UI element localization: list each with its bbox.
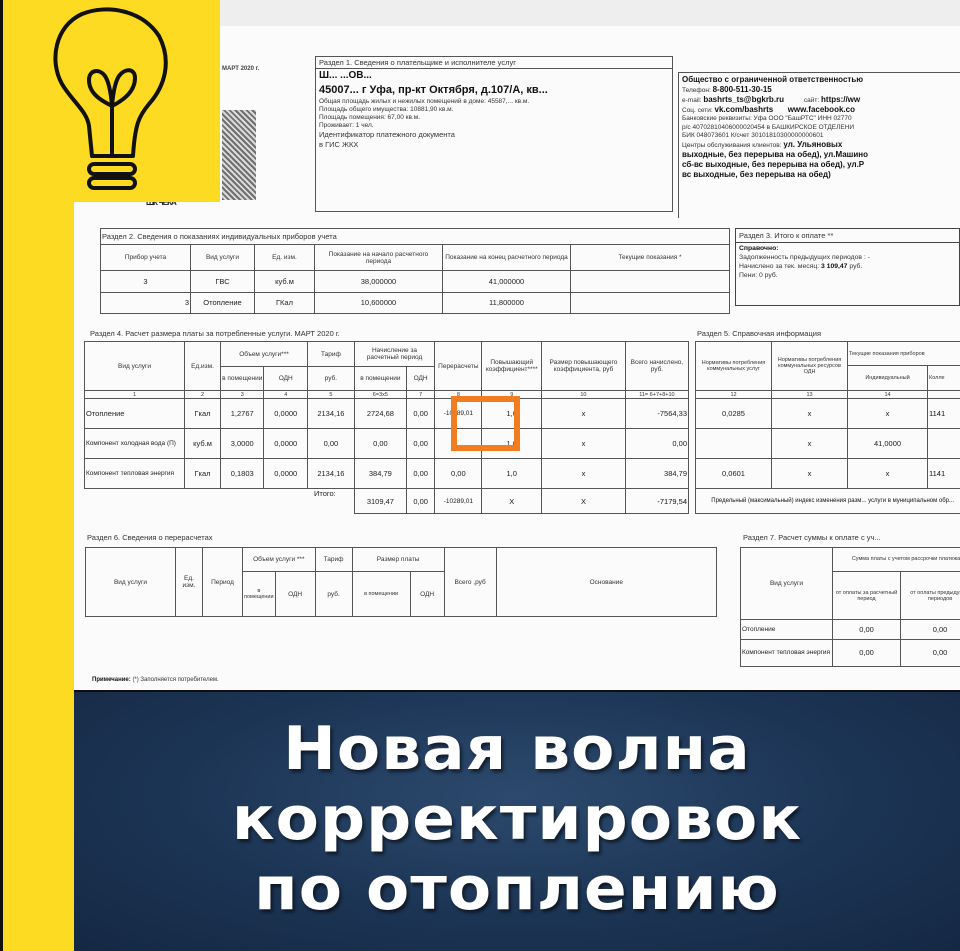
col-header: Нормативы потребления коммунальных ресур…	[772, 342, 848, 391]
section-5-reference-table: Нормативы потребления коммунальных услуг…	[695, 341, 960, 514]
headline-line-1: Новая волна	[52, 714, 960, 784]
col-header: в помещении	[243, 572, 276, 617]
info-line: Площадь общего имущества: 10881,90 кв.м.	[316, 106, 672, 114]
accrued-label: Начислено за тек. месяц:	[739, 263, 819, 270]
doc-id-label: Идентификатор платежного документа	[316, 130, 672, 139]
cell: x	[542, 429, 626, 459]
headline-line-3: по отоплению	[52, 854, 960, 924]
qr-code	[222, 110, 256, 200]
section-3-title: Раздел 3. Итого к оплате **	[736, 229, 959, 243]
col-header: в помещении	[352, 572, 410, 617]
cell	[571, 292, 730, 314]
cell	[928, 391, 960, 399]
cell: куб.м	[185, 429, 221, 459]
cell: куб.м	[255, 271, 315, 293]
site-label: сайт:	[804, 97, 819, 104]
cell: Компонент тепловая энергия	[85, 459, 185, 489]
col-header: Вид услуги	[191, 245, 255, 271]
cell	[928, 429, 960, 459]
column-numbers-row: 12 13 14	[696, 391, 960, 399]
section-2-meters-table: Раздел 2. Сведения о показаниях индивиду…	[100, 228, 730, 314]
provider-info: Общество с ограниченной ответственностью…	[678, 72, 960, 218]
cell: 0,00	[406, 489, 434, 514]
debt-label: Задолженность предыдущих периодов : -	[739, 254, 956, 263]
table-row: 0,0601 x x 1141	[696, 459, 960, 489]
highlight-box	[451, 396, 520, 451]
cell: Гкал	[185, 459, 221, 489]
total-label: Итого:	[85, 489, 355, 514]
cell: x	[848, 399, 928, 429]
accrued-unit: руб.	[849, 263, 862, 270]
col-header: Всего начислено, руб.	[625, 342, 688, 391]
cell: 14	[848, 391, 928, 399]
section-1-payer-info: Раздел 1. Сведения о плательщике и испол…	[315, 56, 673, 212]
info-line: Общая площадь жилых и нежилых помещений …	[316, 98, 672, 106]
cell: X	[542, 489, 626, 514]
footnote: Примечание: (*) Заполняется потребителем…	[92, 677, 219, 683]
cell: 1,0	[482, 459, 542, 489]
cell: x	[542, 399, 626, 429]
cell: x	[772, 459, 848, 489]
col-header: Прибор учета	[101, 245, 191, 271]
cell: x	[848, 459, 928, 489]
col-header: Сумма платы с учетом рассрочки платежа	[833, 548, 960, 572]
cell: 0,00	[901, 620, 960, 639]
cell: 11,800000	[443, 292, 571, 314]
cell: Отопление	[85, 399, 185, 429]
section-3-total: Раздел 3. Итого к оплате ** Справочно: З…	[735, 228, 960, 306]
cell: Отопление	[191, 292, 255, 314]
section-4-title: Раздел 4. Расчет размера платы за потреб…	[90, 329, 340, 338]
centers-label: Центры обслуживания клиентов:	[682, 142, 782, 149]
cell: ГВС	[191, 271, 255, 293]
table-row: Отопление 0,00 0,00	[741, 620, 960, 639]
column-numbers-row: 1 2 3 4 5 6=3х5 7 8 9 10 11= 6+7+8+10	[85, 391, 689, 399]
cell: 6=3х5	[354, 391, 406, 399]
social-label: Соц. сети:	[682, 107, 713, 114]
centers-line: ул. Ульяновых	[783, 140, 842, 149]
col-header: Начисление за расчетный период	[354, 342, 435, 367]
paper-edge	[220, 0, 960, 26]
info-line: Проживает: 1 чел.	[316, 122, 672, 130]
cell: 4	[264, 391, 308, 399]
col-header: Вид услуги	[741, 548, 833, 620]
col-header: руб.	[308, 367, 355, 391]
section-4-charges-table: Вид услуги Ед.изм. Объем услуги*** Тариф…	[84, 341, 689, 514]
cell: 3,0000	[220, 429, 264, 459]
total-row: Итого: 3109,47 0,00 -10289,01 X X -7179,…	[85, 489, 689, 514]
table-row: 3 Отопление ГКал 10,600000 11,800000	[101, 292, 730, 314]
lightbulb-icon	[47, 6, 177, 196]
phone: 8-800-511-30-15	[713, 85, 772, 94]
cell: 0,0000	[264, 429, 308, 459]
col-header: Показание на конец расчетного периода	[443, 245, 571, 271]
centers-line: сб-вс выходные, без перерыва на обед), у…	[682, 160, 957, 170]
cell: Компонент холодная вода (П)	[85, 429, 185, 459]
cell: 0,00	[833, 639, 901, 666]
cell: 2134,16	[308, 459, 355, 489]
col-header: Объем услуги***	[220, 342, 307, 367]
provider-name: Общество с ограниченной ответственностью	[682, 75, 957, 85]
cell: 0,0601	[696, 459, 772, 489]
cell: 0,00	[354, 429, 406, 459]
cell: x	[772, 429, 848, 459]
facebook-link: www.facebook.co	[788, 105, 855, 114]
cell: -10289,01	[435, 489, 482, 514]
cell: 1141	[928, 399, 960, 429]
payer-address: 45007... г Уфа, пр-кт Октября, д.107/А, …	[316, 84, 672, 98]
col-header: Повышающий коэффициент****	[482, 342, 542, 391]
cell: 0,00	[901, 639, 960, 666]
col-header: ОДН	[264, 367, 308, 391]
cell: 7	[406, 391, 434, 399]
section-6-title: Раздел 6. Сведения о перерасчетах	[87, 533, 213, 542]
headline: Новая волна корректировок по отоплению	[52, 714, 960, 924]
cell: X	[482, 489, 542, 514]
cell: 3	[220, 391, 264, 399]
cell: x	[542, 459, 626, 489]
col-header: Всего ,руб	[444, 548, 496, 617]
payer-name: Ш... ...ОВ...	[316, 69, 672, 84]
col-header: Текущие показания приборов	[848, 342, 960, 366]
col-header: в помещении	[220, 367, 264, 391]
col-header: Индивидуальный	[848, 366, 928, 391]
col-header: Показание на начало расчетного периода	[315, 245, 443, 271]
cell: 384,79	[354, 459, 406, 489]
cell: 0,00	[406, 459, 434, 489]
cell: 0,0000	[264, 459, 308, 489]
cell: 1	[85, 391, 185, 399]
cell: 10	[542, 391, 626, 399]
col-header: Перерасчеты	[435, 342, 482, 391]
col-header: Вид услуги	[85, 342, 185, 391]
vk-link: vk.com/bashrts	[715, 105, 774, 114]
cell: -7564,33	[625, 399, 688, 429]
cell: 5	[308, 391, 355, 399]
footnote-text: (*) Заполняется потребителем.	[132, 677, 218, 683]
table-row: Отопление Гкал 1,2767 0,0000 2134,16 272…	[85, 399, 689, 429]
email-label: e-mail:	[682, 97, 702, 104]
col-header: от оплаты предыдущих периодов	[901, 571, 960, 620]
logo-block	[0, 0, 220, 202]
cell	[571, 271, 730, 293]
index-note: Предельный (максимальный) индекс изменен…	[696, 489, 960, 514]
cell: 2134,16	[308, 399, 355, 429]
cell: 0,1803	[220, 459, 264, 489]
table-row: Компонент тепловая энергия 0,00 0,00	[741, 639, 960, 666]
cell: 2724,68	[354, 399, 406, 429]
col-header: Период	[203, 548, 243, 617]
cell: 41,0000	[848, 429, 928, 459]
centers-line: вс выходные, без перерыва на обед)	[682, 170, 957, 180]
cell: 3	[101, 271, 191, 293]
cell: 0,00	[625, 429, 688, 459]
penalty: Пени: 0 руб.	[739, 272, 956, 281]
col-header: Ед. изм.	[176, 548, 203, 617]
footnote-label: Примечание:	[92, 677, 131, 683]
bank-line: БИК 048073601 К/счет 3010181030000000060…	[682, 132, 957, 140]
bank-line: р/с 40702810406000020454 в БАШКИРСКОЕ ОТ…	[682, 124, 957, 132]
section-7-title: Раздел 7. Расчет суммы к оплате с уч...	[743, 533, 881, 542]
cell: 10,600000	[315, 292, 443, 314]
headline-line-2: корректировок	[52, 784, 960, 854]
cell: 3	[101, 292, 191, 314]
section-6-recalc-table: Вид услуги Ед. изм. Период Объем услуги …	[85, 547, 717, 617]
doc-id-label-2: в ГИС ЖКХ	[316, 140, 672, 149]
col-header: Размер повышающего коэффициента, руб	[542, 342, 626, 391]
cell: 2	[185, 391, 221, 399]
cell: 0,00	[406, 399, 434, 429]
section-7-installment-table: Вид услуги Сумма платы с учетом рассрочк…	[740, 547, 960, 667]
col-header: Основание	[496, 548, 716, 617]
site-link: https://ww	[821, 95, 860, 104]
cell: 0,0000	[264, 399, 308, 429]
col-header: ОДН	[410, 572, 444, 617]
period-label: МАРТ 2020 г.	[222, 66, 259, 72]
col-header: Ед.изм.	[185, 342, 221, 391]
cell: 1,2767	[220, 399, 264, 429]
cell: 12	[696, 391, 772, 399]
section-2-title: Раздел 2. Сведения о показаниях индивиду…	[101, 229, 730, 245]
cell: 3109,47	[354, 489, 406, 514]
cell: 0,00	[435, 459, 482, 489]
section-1-title: Раздел 1. Сведения о плательщике и испол…	[316, 57, 672, 69]
col-header: Размер платы	[352, 548, 444, 572]
headline-banner: Новая волна корректировок по отоплению	[74, 690, 960, 951]
cell: -7179,54	[625, 489, 688, 514]
col-header: Текущие показания *	[571, 245, 730, 271]
col-header: Объем услуги ***	[243, 548, 316, 572]
col-header: Ед. изм.	[255, 245, 315, 271]
col-header: Вид услуги	[86, 548, 176, 617]
table-row: 0,0285 x x 1141	[696, 399, 960, 429]
col-header: Нормативы потребления коммунальных услуг	[696, 342, 772, 391]
centers-line: выходные, без перерыва на обед), ул.Маши…	[682, 150, 957, 160]
cell: 0,00	[308, 429, 355, 459]
col-header: от оплаты за расчетный период	[833, 571, 901, 620]
cell: 0,0285	[696, 399, 772, 429]
col-header: Колле	[928, 366, 960, 391]
table-row: Компонент холодная вода (П) куб.м 3,0000…	[85, 429, 689, 459]
cell	[696, 429, 772, 459]
cell: ГКал	[255, 292, 315, 314]
col-header: в помещении	[354, 367, 406, 391]
col-header: Тариф	[308, 342, 355, 367]
info-line: Площадь помещения: 67,00 кв.м.	[316, 114, 672, 122]
cell: Компонент тепловая энергия	[741, 639, 833, 666]
table-row: 3 ГВС куб.м 38,000000 41,000000	[101, 271, 730, 293]
table-row: x 41,0000	[696, 429, 960, 459]
col-header: ОДН	[406, 367, 434, 391]
cell: 11= 6+7+8+10	[625, 391, 688, 399]
cell: 13	[772, 391, 848, 399]
bank-line: Банковские реквизиты: Уфа ООО "БашРТС" И…	[682, 115, 957, 123]
phone-label: Телефон:	[682, 87, 711, 94]
table-row: Компонент тепловая энергия Гкал 0,1803 0…	[85, 459, 689, 489]
cell: 0,00	[406, 429, 434, 459]
col-header: руб.	[315, 572, 352, 617]
cell: Гкал	[185, 399, 221, 429]
cell: Отопление	[741, 620, 833, 639]
col-header: Тариф	[315, 548, 352, 572]
cell: x	[772, 399, 848, 429]
cell: 384,79	[625, 459, 688, 489]
reference-label: Справочно:	[739, 245, 956, 254]
col-header: ОДН	[275, 572, 315, 617]
section-5-title: Раздел 5. Справочная информация	[697, 329, 821, 338]
cell: 41,000000	[443, 271, 571, 293]
email: bashrts_ts@bgkrb.ru	[703, 95, 784, 104]
cell: 0,00	[833, 620, 901, 639]
accrued-value: 3 109,47	[821, 263, 847, 270]
cell: 1141	[928, 459, 960, 489]
cell: 38,000000	[315, 271, 443, 293]
